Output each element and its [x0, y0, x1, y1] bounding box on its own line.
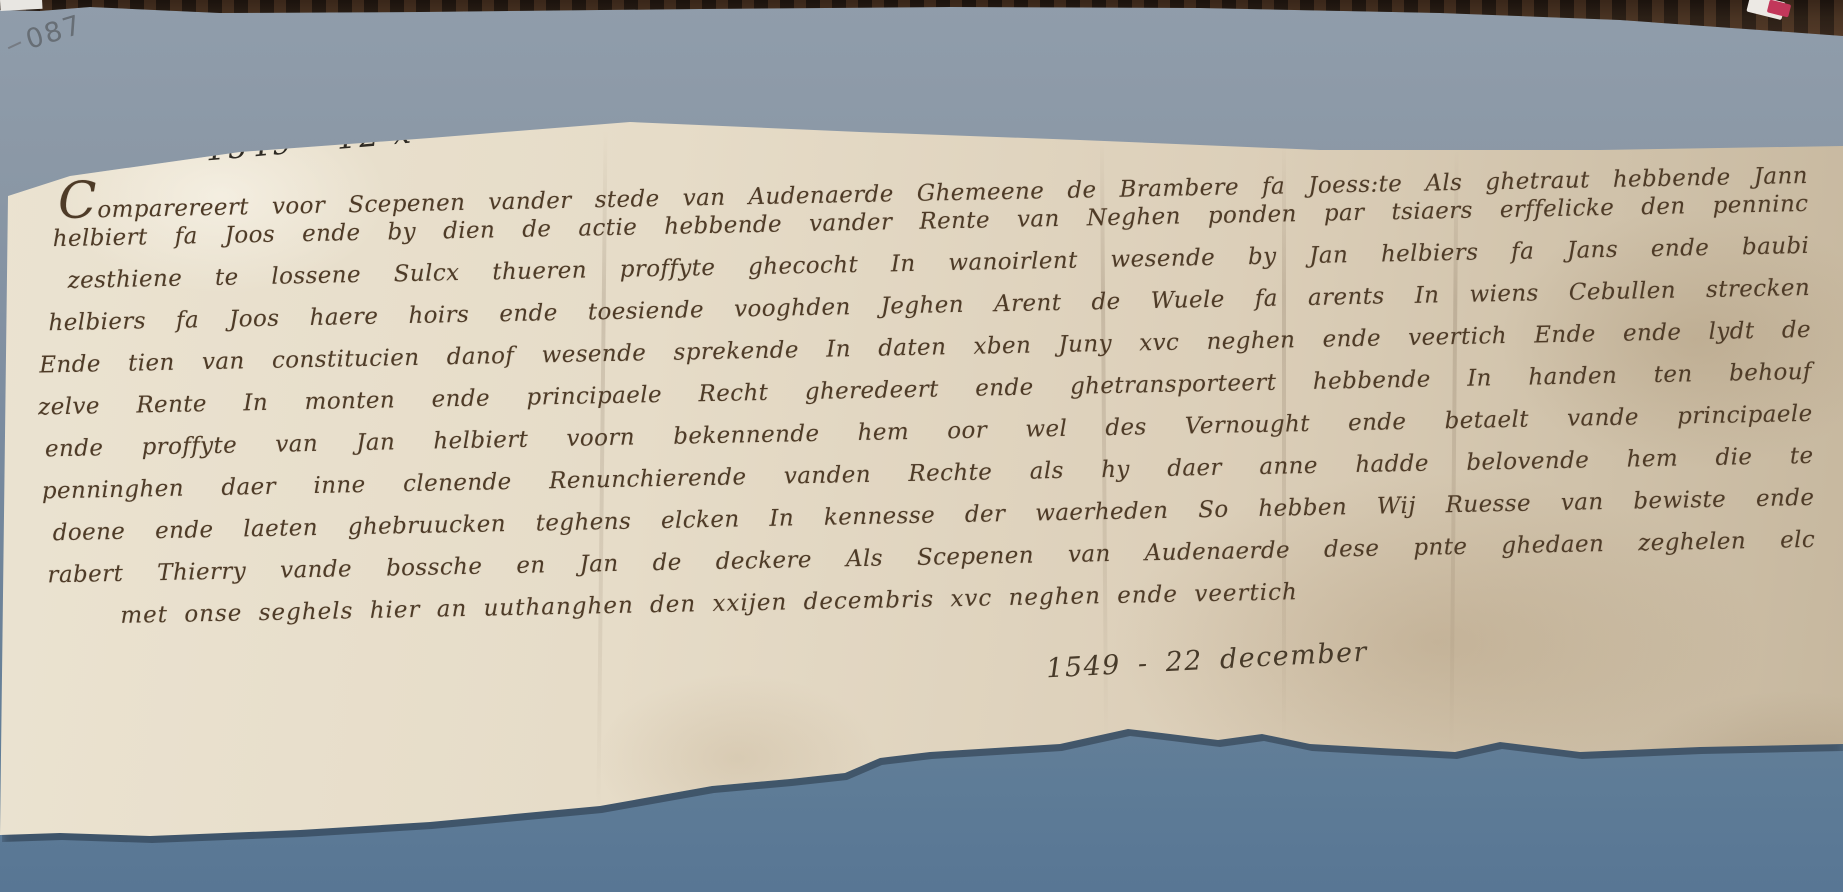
archive-number-pencil-label: 087 [3, 9, 86, 61]
top-date-superscript: ber [412, 112, 447, 136]
photo-of-parchment-charter: 087 1549 – 12 xber Comparereert voor Sce… [0, 0, 1843, 892]
wooden-table-edge [0, 0, 1843, 40]
